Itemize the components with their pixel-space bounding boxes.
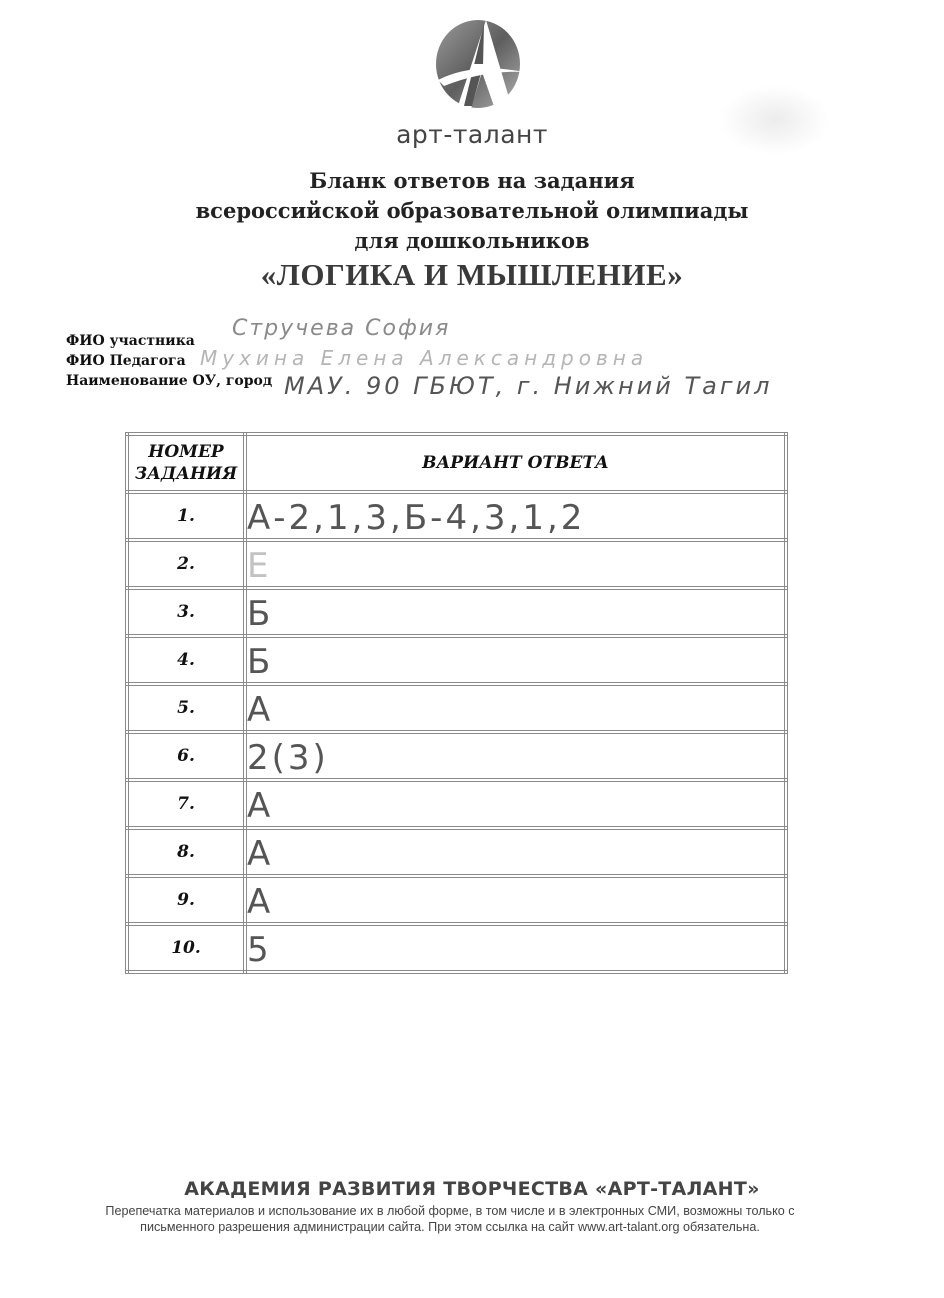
task-number: 6. [127, 732, 245, 780]
olympiad-name: «ЛОГИКА И МЫШЛЕНИЕ» [0, 256, 944, 294]
title-line-2: всероссийской образовательной олимпиады [0, 196, 944, 226]
form-title: Бланк ответов на задания всероссийской о… [0, 166, 944, 294]
task-number: 7. [127, 780, 245, 828]
teacher-field: ФИО Педагога Мухина Елена Александровна [66, 350, 272, 370]
answer-value: А-2,1,3,Б-4,3,1,2 [247, 498, 585, 538]
school-label: Наименование ОУ, город [66, 373, 272, 389]
teacher-label: ФИО Педагога [66, 353, 186, 369]
answer-cell[interactable]: А [245, 828, 786, 876]
answer-value: Б [247, 594, 273, 634]
copyright-line-1: Перепечатка материалов и использование и… [90, 1203, 810, 1219]
answer-cell[interactable]: А [245, 780, 786, 828]
task-number: 9. [127, 876, 245, 924]
task-number: 2. [127, 540, 245, 588]
answer-value: Б [247, 642, 273, 682]
table-row: 6.2(3) [127, 732, 786, 780]
answer-cell[interactable]: А [245, 684, 786, 732]
table-row: 1.А-2,1,3,Б-4,3,1,2 [127, 492, 786, 540]
table-header-row: НОМЕРЗАДАНИЯ ВАРИАНТ ОТВЕТА [127, 434, 786, 492]
header-task-number: НОМЕРЗАДАНИЯ [127, 434, 245, 492]
task-number: 3. [127, 588, 245, 636]
answer-value: 5 [247, 930, 272, 970]
table-row: 10.5 [127, 924, 786, 972]
table-row: 4.Б [127, 636, 786, 684]
school-field: Наименование ОУ, город МАУ. 90 ГБЮТ, г. … [66, 370, 272, 390]
task-number: 5. [127, 684, 245, 732]
answer-value: 2(3) [247, 738, 329, 778]
copyright-line-2: письменного разрешения администрации сай… [90, 1219, 810, 1235]
school-value[interactable]: МАУ. 90 ГБЮТ, г. Нижний Тагил [284, 372, 772, 400]
teacher-value[interactable]: Мухина Елена Александровна [200, 346, 648, 370]
table-row: 5.А [127, 684, 786, 732]
table-row: 2.Е [127, 540, 786, 588]
task-number: 4. [127, 636, 245, 684]
task-number: 1. [127, 492, 245, 540]
participant-value[interactable]: Стручева София [232, 316, 450, 341]
answer-cell[interactable]: 5 [245, 924, 786, 972]
answer-cell[interactable]: Б [245, 588, 786, 636]
participant-label: ФИО участника [66, 333, 195, 349]
answer-value: А [247, 786, 273, 826]
title-line-3: для дошкольников [0, 226, 944, 256]
participant-info: ФИО участника Стручева София ФИО Педагог… [66, 330, 272, 390]
answer-value: А [247, 882, 273, 922]
art-talant-logo-icon [424, 10, 528, 114]
answer-cell[interactable]: Б [245, 636, 786, 684]
table-row: 8.А [127, 828, 786, 876]
answers-table: НОМЕРЗАДАНИЯ ВАРИАНТ ОТВЕТА 1.А-2,1,3,Б-… [125, 432, 788, 974]
answer-value: А [247, 690, 273, 730]
answer-cell[interactable]: А-2,1,3,Б-4,3,1,2 [245, 492, 786, 540]
table-row: 9.А [127, 876, 786, 924]
answer-value: Е [247, 546, 271, 586]
task-number: 8. [127, 828, 245, 876]
task-number: 10. [127, 924, 245, 972]
title-line-1: Бланк ответов на задания [0, 166, 944, 196]
answer-value: А [247, 834, 273, 874]
answer-cell[interactable]: Е [245, 540, 786, 588]
answer-cell[interactable]: А [245, 876, 786, 924]
copyright-note: Перепечатка материалов и использование и… [90, 1203, 810, 1235]
answer-cell[interactable]: 2(3) [245, 732, 786, 780]
footer-title: АКАДЕМИЯ РАЗВИТИЯ ТВОРЧЕСТВА «АРТ-ТАЛАНТ… [0, 1178, 944, 1200]
table-row: 3.Б [127, 588, 786, 636]
brand-name: арт-талант [0, 120, 944, 149]
header-answer-option: ВАРИАНТ ОТВЕТА [245, 434, 786, 492]
table-row: 7.А [127, 780, 786, 828]
